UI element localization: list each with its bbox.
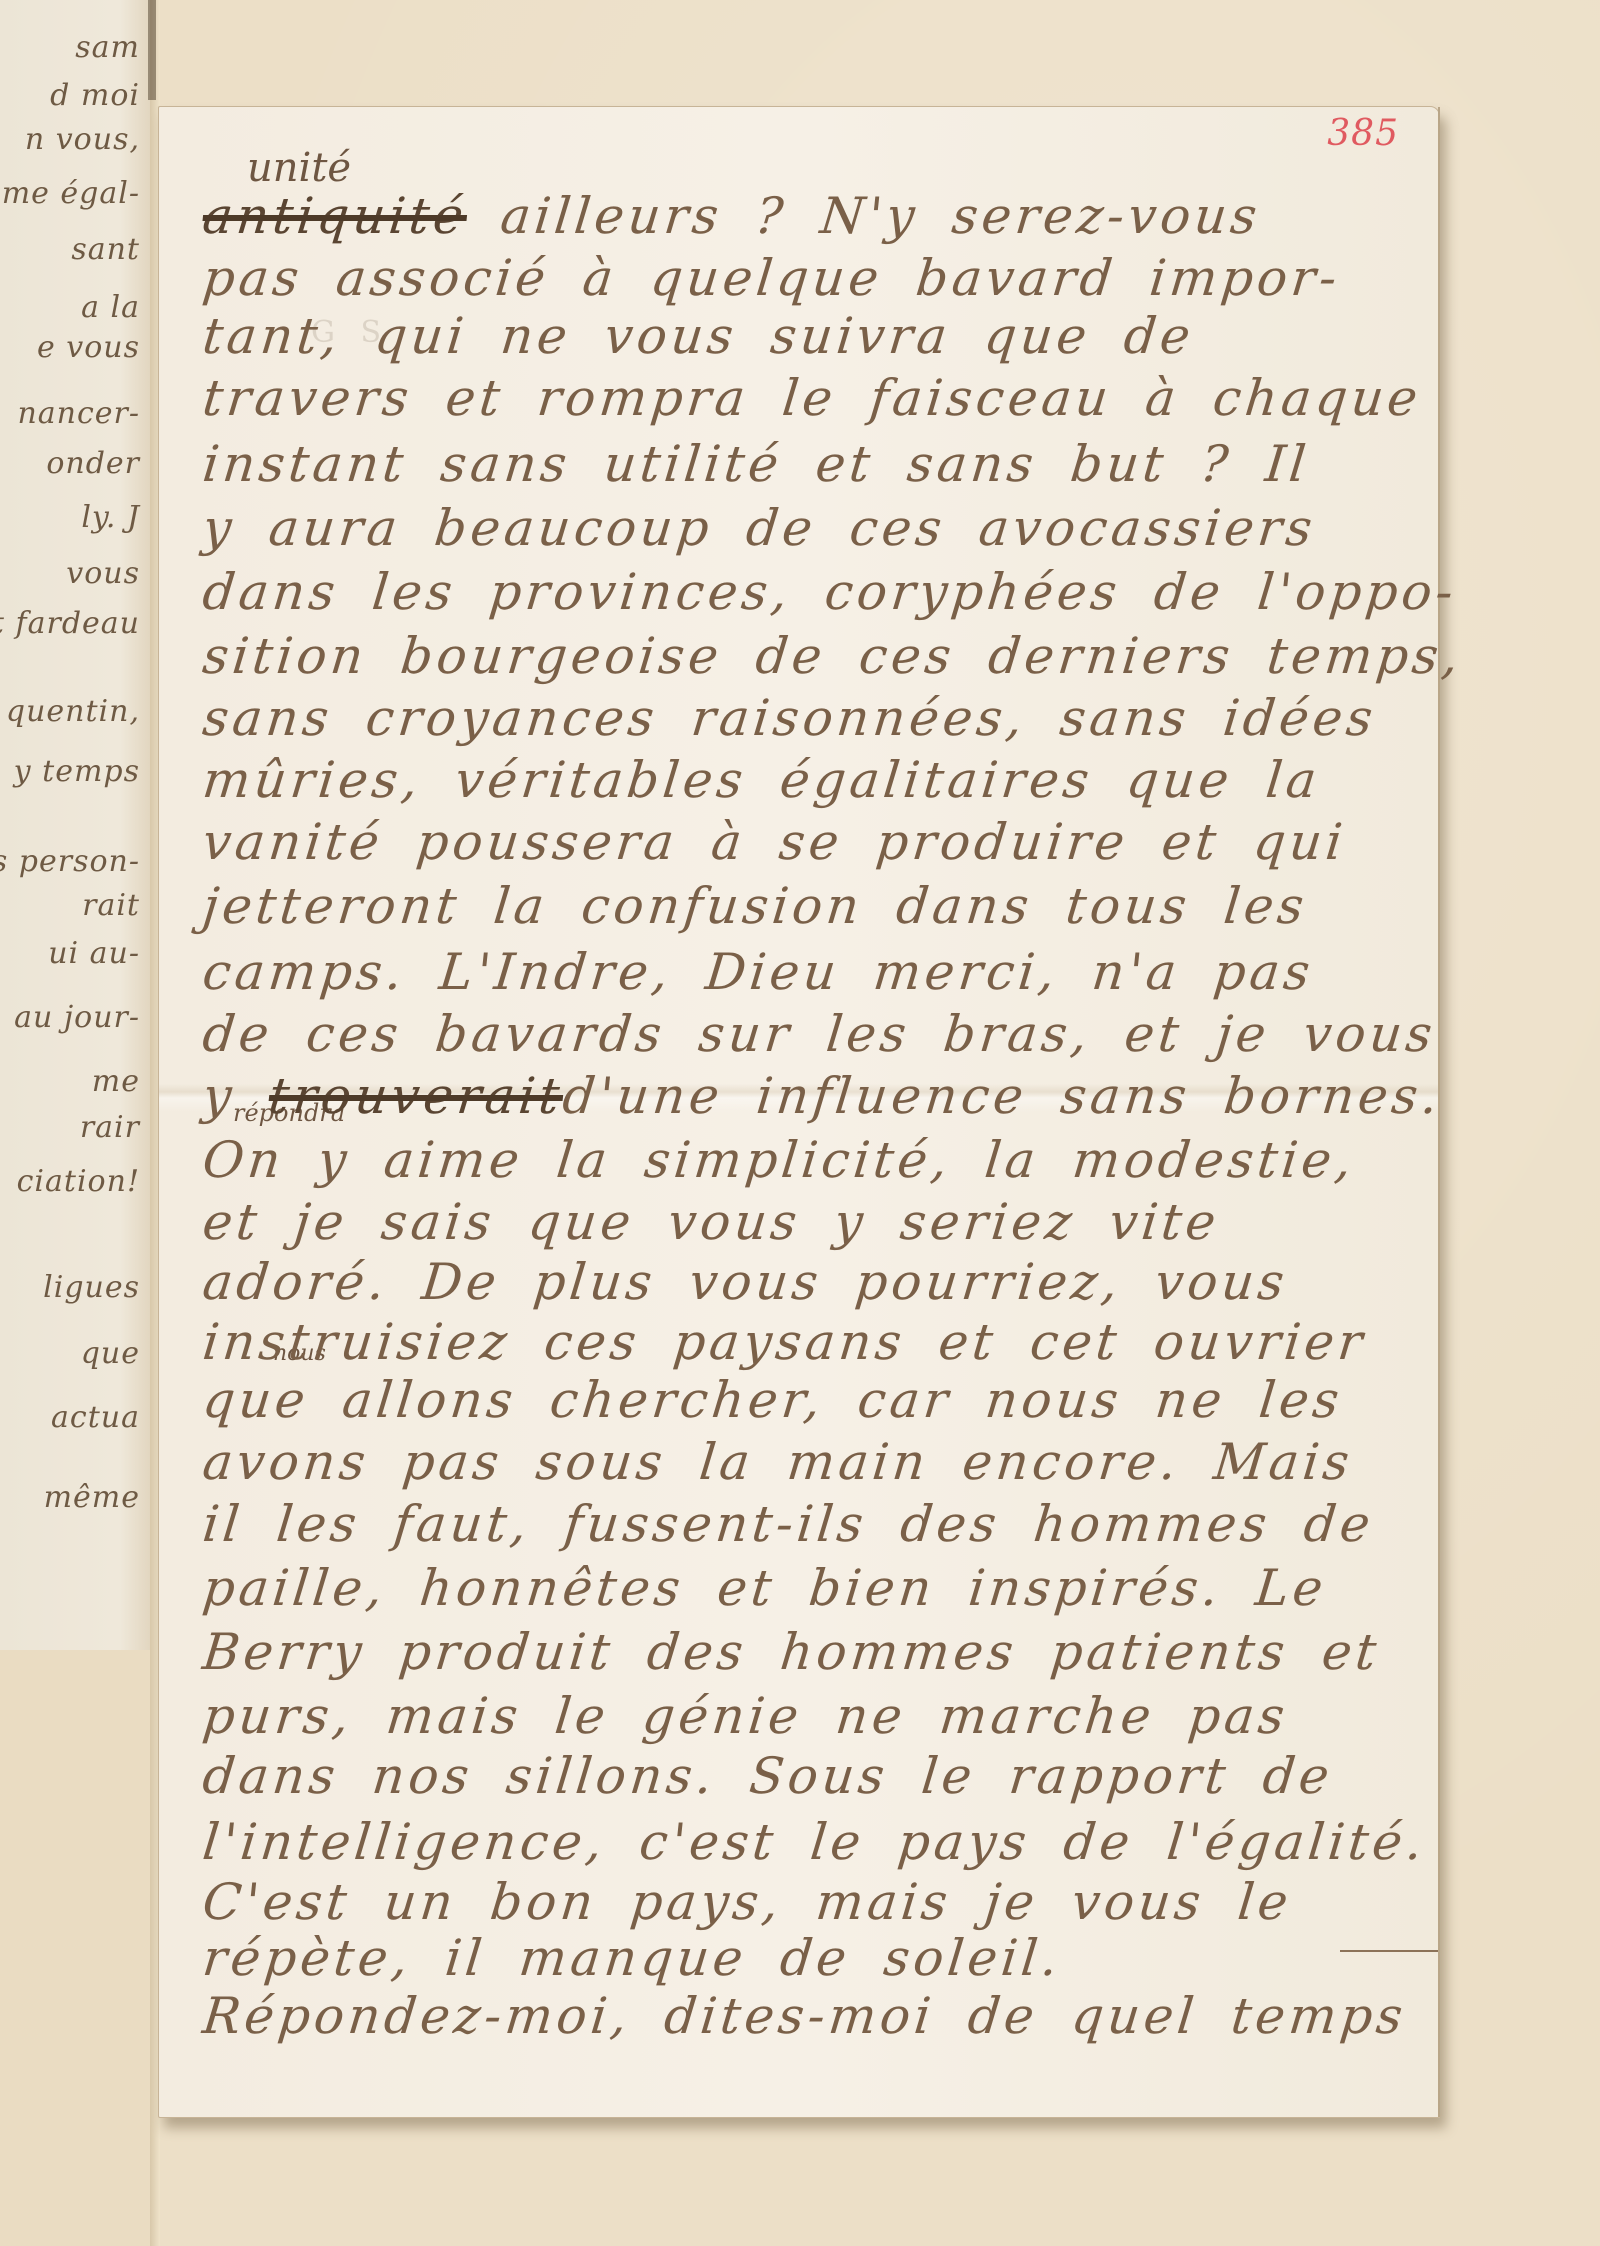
left-text-line: sam (75, 30, 140, 65)
text-line: sition bourgeoise de ces derniers temps, (200, 627, 1426, 685)
left-text-line: e vous (37, 330, 140, 365)
text-line: y trouveraitd'une influence sans bornes. (200, 1067, 1426, 1125)
left-text-line: rair (80, 1110, 140, 1145)
text-line: instruisiez ces paysans et cet ouvrier (200, 1313, 1426, 1371)
text-line: tant, qui ne vous suivra que de (200, 307, 1426, 365)
line-prefix: y (200, 1067, 238, 1125)
text-line: On y aime la simplicité, la modestie, (200, 1131, 1426, 1189)
text-line: Répondez-moi, dites-moi de quel temps (200, 1987, 1426, 2045)
text-line: l'intelligence, c'est le pays de l'égali… (200, 1813, 1426, 1871)
left-text-line: que (81, 1336, 140, 1371)
struck-word: antiquité (200, 187, 470, 245)
text-line: que allons chercher, car nous ne les (200, 1371, 1426, 1429)
left-text-line: me égal- (2, 176, 140, 211)
struck-word: trouverait (266, 1067, 566, 1125)
text-line: avons pas sous la main encore. Mais (200, 1433, 1426, 1491)
left-text-line: me (92, 1064, 140, 1099)
text-line: antiquité ailleurs ? N'y serez-vous (200, 187, 1426, 245)
left-text-line: vous (66, 556, 140, 591)
binding-shadow (148, 0, 156, 100)
text-line: de ces bavards sur les bras, et je vous (200, 1005, 1426, 1063)
left-text-line: ly. J (81, 500, 140, 535)
text-line: jetteront la confusion dans tous les (200, 877, 1426, 935)
left-text-line: ui au- (48, 936, 140, 971)
left-text-line: ciation! (17, 1164, 140, 1199)
adjacent-page-lower-blank (0, 1650, 152, 2246)
text-line: et je sais que vous y seriez vite (200, 1193, 1426, 1251)
text-line: instant sans utilité et sans but ? Il (200, 435, 1426, 493)
text-line: il les faut, fussent-ils des hommes de (200, 1495, 1426, 1553)
text-line: pas associé à quelque bavard impor- (200, 249, 1426, 307)
interlinear-insertion: unité (247, 145, 351, 191)
text-line: mûries, véritables égalitaires que la (200, 751, 1426, 809)
page-edge-rule (1340, 1950, 1438, 1952)
left-text-line: ts person- (0, 844, 140, 879)
text-line: camps. L'Indre, Dieu merci, n'a pas (200, 943, 1426, 1001)
text-line: adoré. De plus vous pourriez, vous (200, 1253, 1426, 1311)
left-text-line: a la (81, 290, 140, 325)
left-text-line: d moi (50, 78, 140, 113)
manuscript-page: 385 G S unité répondra nous antiquité ai… (158, 106, 1440, 2118)
text-line: vanité poussera à se produire et qui (200, 813, 1426, 871)
line-text: d'une influence sans bornes. (560, 1067, 1444, 1125)
folio-number: 385 (1327, 113, 1399, 154)
text-line: C'est un bon pays, mais je vous le (200, 1873, 1426, 1931)
adjacent-page-left: sam d moi n vous, me égal- sant a la e v… (0, 0, 152, 1668)
left-text-line: ligues (43, 1270, 140, 1305)
text-line: répète, il manque de soleil. (200, 1929, 1426, 1987)
text-line: Berry produit des hommes patients et (200, 1623, 1426, 1681)
left-text-line: même (44, 1480, 140, 1515)
text-line: paille, honnêtes et bien inspirés. Le (200, 1559, 1426, 1617)
line-text: ailleurs ? N'y serez-vous (498, 187, 1264, 245)
text-line: sans croyances raisonnées, sans idées (200, 689, 1426, 747)
left-text-line: nancer- (17, 396, 140, 431)
left-text-line: au jour- (14, 1000, 140, 1035)
left-text-line: onder (46, 446, 140, 481)
text-line: dans les provinces, coryphées de l'oppo- (200, 563, 1426, 621)
left-text-line: n vous, (25, 122, 140, 157)
text-line: purs, mais le génie ne marche pas (200, 1687, 1426, 1745)
left-text-line: st fardeau (0, 606, 140, 641)
left-text-line: y temps (14, 754, 140, 789)
left-text-line: actua (51, 1400, 140, 1435)
left-text-line: sant (71, 232, 140, 267)
left-text-line: quentin, (6, 694, 140, 729)
left-text-line: rait (82, 888, 140, 923)
text-line: y aura beaucoup de ces avocassiers (200, 499, 1426, 557)
text-line: travers et rompra le faisceau à chaque (200, 369, 1426, 427)
text-line: dans nos sillons. Sous le rapport de (200, 1747, 1426, 1805)
